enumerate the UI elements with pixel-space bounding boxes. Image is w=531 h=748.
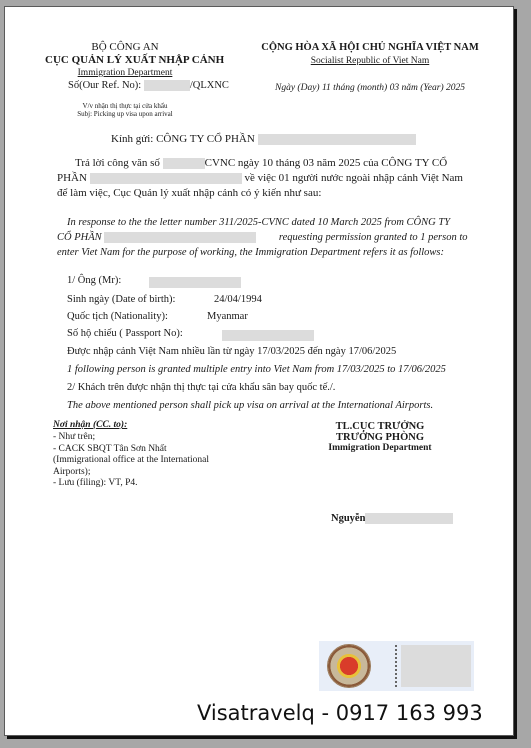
para-en-text: CỔ PHẦN xyxy=(57,232,102,243)
ministry: BỘ CÔNG AN xyxy=(45,41,205,53)
passport-label: Số hộ chiếu ( Passport No): xyxy=(67,328,183,339)
recipient-item: - Như trên; xyxy=(53,432,209,444)
recipient-item: - Lưu (filing): VT, P4. xyxy=(53,478,209,490)
para-en-line3: enter Viet Nam for the purpose of workin… xyxy=(57,247,444,258)
subject-en: Subj: Picking up visa upon arrival xyxy=(45,110,205,118)
signature-title-2: TRƯỞNG PHÒNG xyxy=(305,432,455,443)
redacted-ref xyxy=(144,80,190,91)
seal-emblem-icon xyxy=(327,644,371,688)
redacted-passport xyxy=(222,330,314,341)
seal-text-strip xyxy=(395,645,400,687)
para-en-text: requesting permission granted to 1 perso… xyxy=(279,232,468,243)
para-en-line1: In response to the the letter number 311… xyxy=(67,217,450,228)
nationality-value: Myanmar xyxy=(207,311,248,322)
ref-suffix: /QLXNC xyxy=(190,80,229,91)
redacted-company xyxy=(90,173,242,184)
para-vi-line3: để làm việc, Cục Quản lý xuất nhập cảnh … xyxy=(57,187,321,199)
recipients-list: - Như trên; - CACK SBQT Tân Sơn Nhất (Im… xyxy=(53,432,209,490)
signature-title-1: TL.CỤC TRƯỞNG xyxy=(305,421,455,432)
redacted-name xyxy=(149,277,241,288)
name-label: 1/ Ông (Mr): xyxy=(67,275,121,286)
para-en-line2: CỔ PHẦN requesting permission granted to… xyxy=(57,232,467,243)
department: CỤC QUẢN LÝ XUẤT NHẬP CẢNH xyxy=(45,54,205,66)
para-vi-text: PHẦN xyxy=(57,172,87,184)
redacted-number xyxy=(163,158,205,169)
ref-label: Số(Our Ref. No): xyxy=(68,80,141,91)
visa-en: The above mentioned person shall pick up… xyxy=(67,400,433,411)
country-name-en: Socialist Republic of Viet Nam xyxy=(250,56,490,66)
salutation-text: Kính gửi: CÔNG TY CỔ PHẦN xyxy=(111,133,255,145)
para-vi-line2: PHẦN về việc 01 người nước ngoài nhập cả… xyxy=(57,172,463,184)
official-seal-stamp xyxy=(319,641,474,691)
signature-department: Immigration Department xyxy=(305,443,455,453)
signer-name-text: Nguyễn xyxy=(331,513,365,524)
salutation: Kính gửi: CÔNG TY CỔ PHẦN xyxy=(111,133,416,145)
recipient-item: Airports); xyxy=(53,467,209,479)
entry-en: 1 following person is granted multiple e… xyxy=(67,364,446,375)
recipients-title: Nơi nhận (CC. to): xyxy=(53,420,127,430)
redacted-company xyxy=(104,232,256,243)
recipient-item: (Immigrational office at the Internation… xyxy=(53,455,209,467)
subject-vi: V/v nhận thị thực tại cửa khẩu xyxy=(45,102,205,110)
ref-number: Số(Our Ref. No): /QLXNC xyxy=(68,80,229,91)
department-en: Immigration Department xyxy=(45,68,205,78)
para-vi-text: Trả lời công văn số xyxy=(75,157,160,169)
para-vi-line1: Trả lời công văn số CVNC ngày 10 tháng 0… xyxy=(75,157,447,169)
visa-vi: 2/ Khách trên được nhận thị thực tại cửa… xyxy=(67,382,335,393)
dob-value: 24/04/1994 xyxy=(214,294,262,305)
dob-label: Sinh ngày (Date of birth): xyxy=(67,294,175,305)
signer-name: Nguyễn xyxy=(331,513,453,524)
redacted-signer xyxy=(365,513,453,524)
recipient-item: - CACK SBQT Tân Sơn Nhất xyxy=(53,444,209,456)
para-vi-text: về việc 01 người nước ngoài nhập cảnh Vi… xyxy=(244,172,463,184)
document-page: BỘ CÔNG AN CỤC QUẢN LÝ XUẤT NHẬP CẢNH Im… xyxy=(4,6,514,736)
redacted-company xyxy=(258,134,416,145)
para-vi-text: CVNC ngày 10 tháng 03 năm 2025 của CÔNG … xyxy=(205,157,448,169)
country-name: CỘNG HÒA XÃ HỘI CHỦ NGHĨA VIỆT NAM xyxy=(250,42,490,53)
document-date: Ngày (Day) 11 tháng (month) 03 năm (Year… xyxy=(250,83,490,93)
entry-vi: Được nhập cảnh Việt Nam nhiều lần từ ngà… xyxy=(67,346,396,357)
watermark-contact: Visatravelq - 0917 163 993 xyxy=(197,701,483,725)
redacted-stamp-area xyxy=(401,645,471,687)
nationality-label: Quốc tịch (Nationality): xyxy=(67,311,168,322)
